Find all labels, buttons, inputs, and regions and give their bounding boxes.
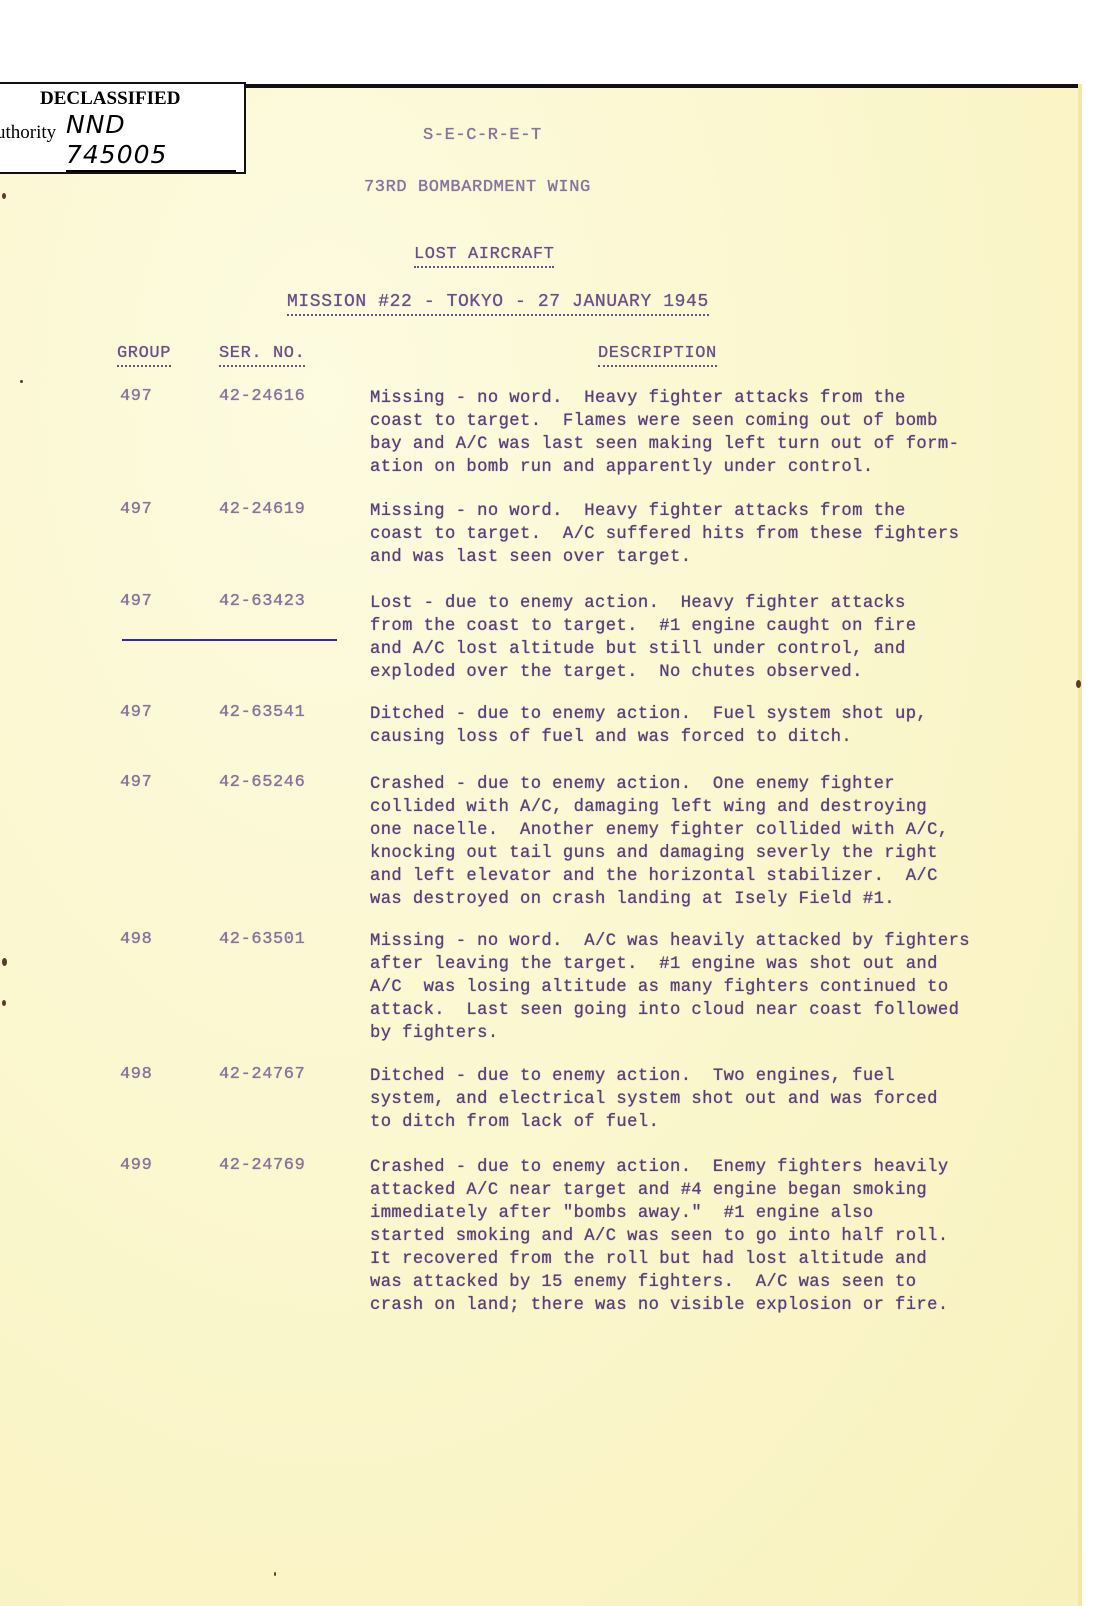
row-serial-number: 42-24767 — [219, 1065, 305, 1084]
row-serial-number: 42-63541 — [219, 703, 305, 722]
row-serial-number: 42-24769 — [219, 1156, 305, 1175]
paper-speck — [20, 380, 23, 383]
row-group: 497 — [120, 592, 152, 611]
stamp-authority-label: uthority — [0, 122, 56, 144]
row-group: 498 — [120, 1065, 152, 1084]
row-group: 497 — [120, 703, 152, 722]
mission-heading: MISSION #22 - TOKYO - 27 JANUARY 1945 — [287, 292, 709, 316]
row-serial-number: 42-24619 — [219, 500, 305, 519]
row-description: Missing - no word. Heavy fighter attacks… — [370, 387, 959, 479]
row-group: 497 — [120, 387, 152, 406]
classification-marking: S-E-C-R-E-T — [423, 126, 542, 145]
stamp-title: DECLASSIFIED — [40, 88, 180, 110]
paper-speck — [1076, 680, 1081, 688]
row-serial-number: 42-65246 — [219, 773, 305, 792]
column-header-group: GROUP — [117, 344, 171, 367]
row-description: Missing - no word. A/C was heavily attac… — [370, 930, 970, 1045]
punch-hole-mark — [2, 193, 6, 199]
punch-hole-mark — [2, 1000, 6, 1006]
row-serial-number: 42-63501 — [219, 930, 305, 949]
row-description: Missing - no word. Heavy fighter attacks… — [370, 500, 959, 569]
stamp-authority-value: NND 745005 — [66, 110, 236, 172]
row-group: 499 — [120, 1156, 152, 1175]
row-description: Crashed - due to enemy action. Enemy fig… — [370, 1156, 949, 1317]
row-serial-number: 42-63423 — [219, 592, 305, 611]
paper-speck — [274, 1572, 276, 1576]
row-group: 497 — [120, 773, 152, 792]
document-title: LOST AIRCRAFT — [414, 245, 554, 268]
declassified-stamp: DECLASSIFIED uthority NND 745005 — [0, 82, 246, 174]
row-description: Crashed - due to enemy action. One enemy… — [370, 773, 949, 911]
column-header-serial: SER. NO. — [219, 344, 305, 367]
punch-hole-mark — [2, 958, 7, 966]
column-header-description: DESCRIPTION — [598, 344, 717, 367]
unit-heading: 73RD BOMBARDMENT WING — [364, 178, 591, 197]
row-description: Ditched - due to enemy action. Fuel syst… — [370, 703, 927, 749]
row-serial-number: 42-24616 — [219, 387, 305, 406]
row-group: 497 — [120, 500, 152, 519]
row-description: Lost - due to enemy action. Heavy fighte… — [370, 592, 916, 684]
row-group: 498 — [120, 930, 152, 949]
page-edge — [1078, 84, 1082, 1606]
ink-underline-mark — [122, 639, 337, 641]
row-description: Ditched - due to enemy action. Two engin… — [370, 1065, 938, 1134]
